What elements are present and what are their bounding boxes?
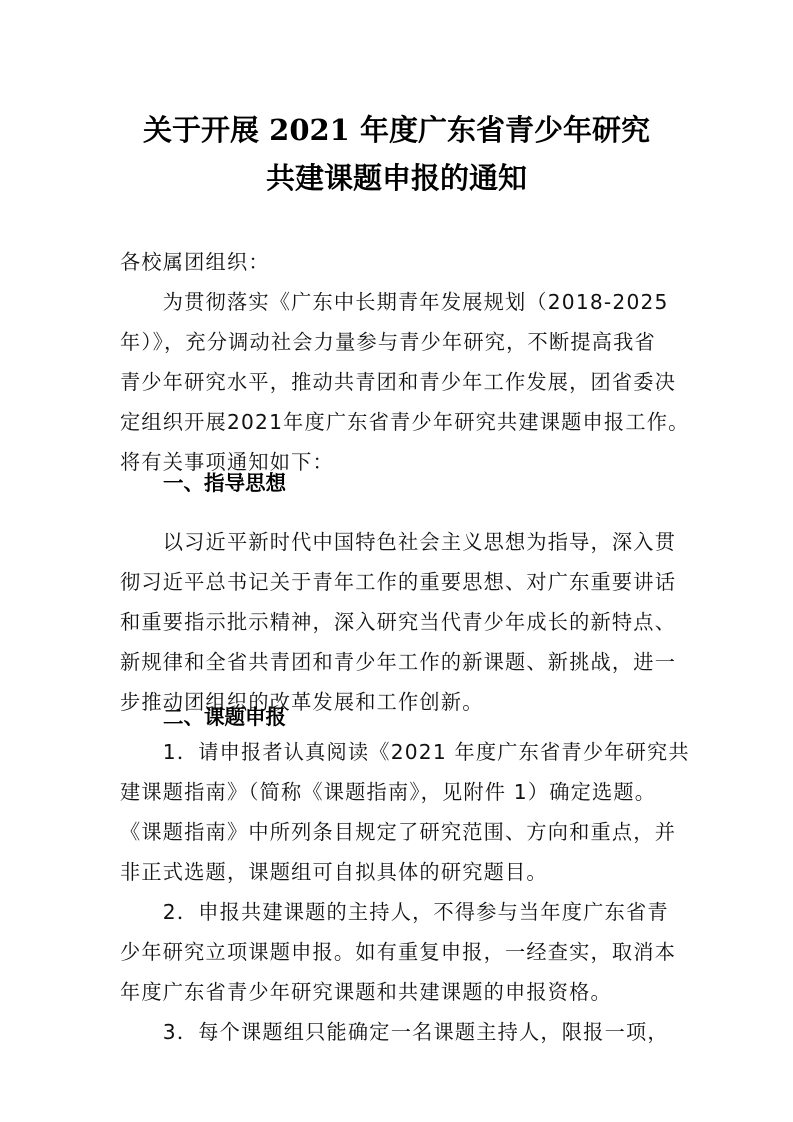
paragraph-line: 建课题指南》（简称《课题指南》，见附件 1）确定选题。: [120, 776, 680, 805]
document-title-line-2: 共建课题申报的通知: [0, 156, 793, 197]
paragraph-line: 新规律和全省共青团和青少年工作的新课题、新挑战，进一: [120, 646, 680, 675]
salutation: 各校属团组织：: [120, 246, 680, 275]
paragraph-line: 为贯彻落实《广东中长期青年发展规划（2018-2025: [120, 286, 680, 315]
paragraph-line: 和重要指示批示精神，深入研究当代青少年成长的新特点、: [120, 606, 680, 635]
paragraph-line: 2．申报共建课题的主持人，不得参与当年度广东省青: [120, 896, 680, 925]
document-page: 关于开展 2021 年度广东省青少年研究 共建课题申报的通知 各校属团组织： 为…: [0, 0, 793, 1122]
paragraph-line: 《课题指南》中所列条目规定了研究范围、方向和重点，并: [120, 816, 680, 845]
paragraph-line: 非正式选题，课题组可自拟具体的研究题目。: [120, 856, 680, 885]
paragraph-line: 以习近平新时代中国特色社会主义思想为指导，深入贯: [120, 526, 680, 555]
section-heading-topic-application: 二、课题申报: [163, 700, 286, 730]
document-title-line-1: 关于开展 2021 年度广东省青少年研究: [0, 108, 793, 149]
section-heading-guiding-ideology: 一、指导思想: [163, 466, 286, 496]
paragraph-line: 年度广东省青少年研究课题和共建课题的申报资格。: [120, 976, 680, 1005]
paragraph-line: 1．请申报者认真阅读《2021 年度广东省青少年研究共: [120, 736, 680, 765]
paragraph-line: 青少年研究水平，推动共青团和青少年工作发展，团省委决: [120, 366, 680, 395]
paragraph-line: 定组织开展2021年度广东省青少年研究共建课题申报工作。: [120, 406, 680, 435]
paragraph-line: 3．每个课题组只能确定一名课题主持人，限报一项，: [120, 1016, 680, 1045]
paragraph-line: 年）》，充分调动社会力量参与青少年研究，不断提高我省: [120, 326, 680, 355]
paragraph-line: 少年研究立项课题申报。如有重复申报，一经查实，取消本: [120, 936, 680, 965]
paragraph-line: 彻习近平总书记关于青年工作的重要思想、对广东重要讲话: [120, 566, 680, 595]
